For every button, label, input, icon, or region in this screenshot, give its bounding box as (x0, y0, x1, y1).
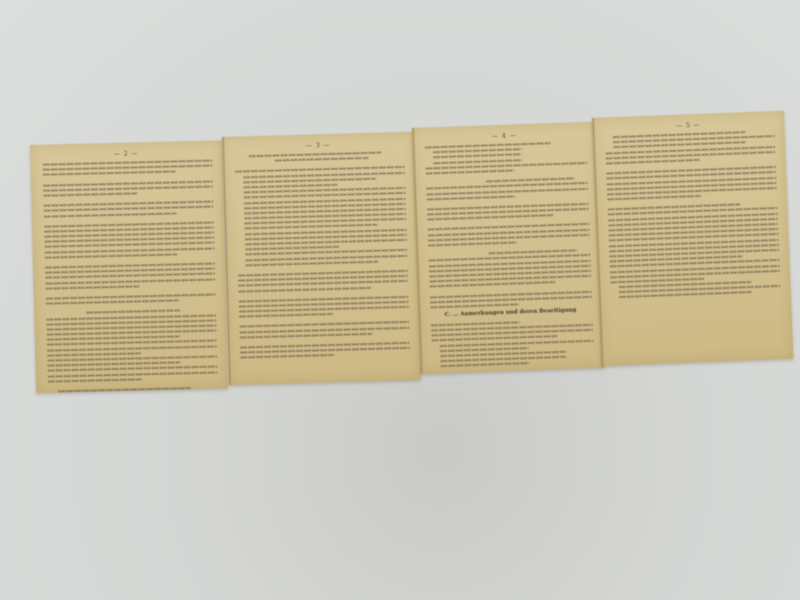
body-text (593, 126, 791, 300)
body-text-section-c (419, 314, 605, 368)
pamphlet-page-2: — 3 — (222, 132, 421, 385)
pamphlet-page-4: — 5 — (592, 111, 793, 366)
body-text (222, 147, 420, 360)
body-text (30, 155, 228, 393)
pamphlet-page-3: — 4 — C. … Anmerkungen und deren Beseiti… (412, 122, 604, 374)
folded-pamphlet: — 2 — — 3 — (0, 0, 800, 600)
body-text (413, 137, 603, 309)
pamphlet-page-1: — 2 — (30, 140, 228, 393)
